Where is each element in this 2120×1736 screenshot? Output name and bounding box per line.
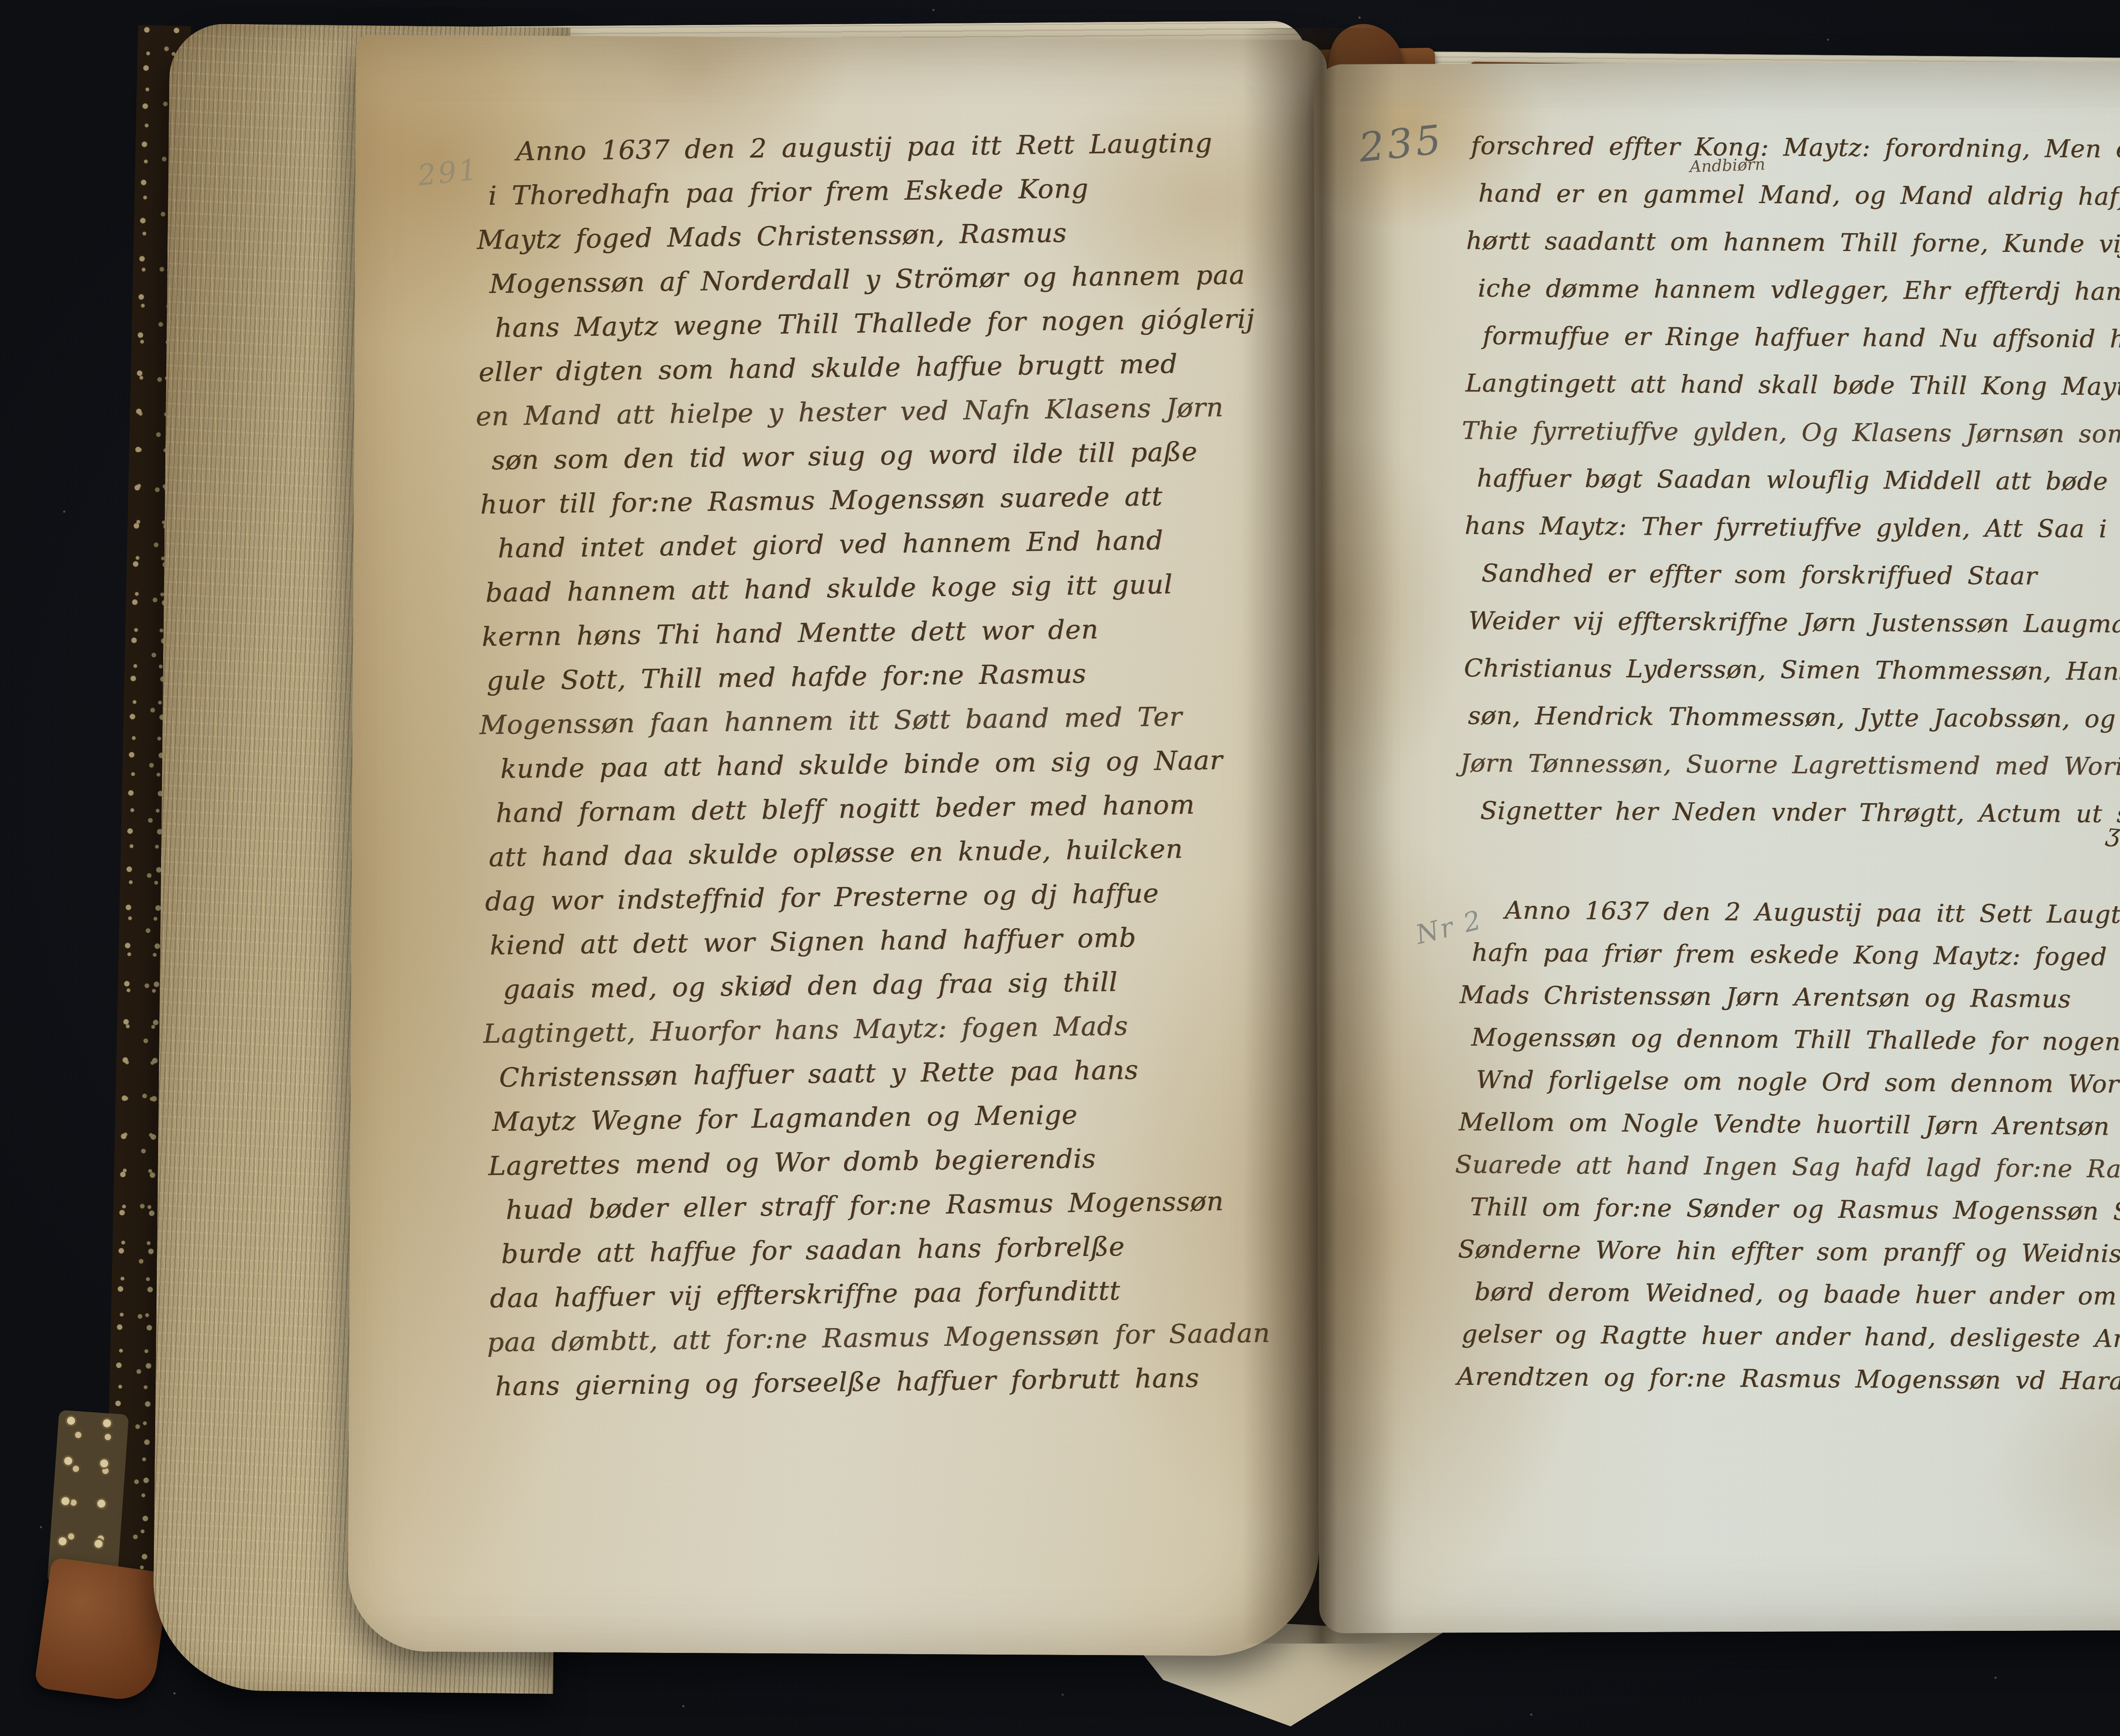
manuscript-line: Sandhed er effter som forskriffued Staar xyxy=(1481,550,2120,601)
right-page-entry2-text: Anno 1637 den 2 Augustij paa itt Sett La… xyxy=(1461,889,2120,1403)
manuscript-line: Anno 1637 den 2 Augustij paa itt Sett La… xyxy=(1505,889,2120,937)
manuscript-line: Thill om for:ne Sønder og Rasmus Mogenss… xyxy=(1470,1186,2120,1233)
manuscript-line: baad hannem att hand skulde koge sig itt… xyxy=(485,561,1257,615)
photograph-open-protocol-book: 291 Anno 1637 den 2 augustij paa itt Ret… xyxy=(0,0,2120,1736)
gutter-shadow xyxy=(1242,28,1395,1644)
manuscript-line: Christianus Lyderssøn, Simen Thommessøn,… xyxy=(1464,644,2120,695)
manuscript-line: Signetter her Neden vnder Thrøgtt, Actum… xyxy=(1480,787,2120,838)
manuscript-line: hans Maytz: Ther fyrretiuffve gylden, At… xyxy=(1464,502,2120,553)
manuscript-line: Mads Christenssøn Jørn Arentsøn og Rasmu… xyxy=(1459,974,2120,1021)
entry-end-flourish: ʒ xyxy=(2105,818,2120,848)
manuscript-line: Jørn Tønnessøn, Suorne Lagrettismend med… xyxy=(1460,739,2120,790)
manuscript-line: haffuer bøgt Saadan wlouflig Middell att… xyxy=(1477,454,2120,505)
manuscript-line: hans gierning og forseelße haffuer forbr… xyxy=(495,1355,1267,1409)
right-page-number-pencil: 235 xyxy=(1357,117,1446,171)
manuscript-line: Thie fyrretiuffve gylden, Og Klasens Jør… xyxy=(1462,407,2120,458)
manuscript-line: Wnd forligelse om nogle Ord som dennom W… xyxy=(1476,1058,2120,1106)
manuscript-line: Weider vij effterskriffne Jørn Justenssø… xyxy=(1468,597,2120,648)
leather-cover-corner xyxy=(34,1557,170,1704)
manuscript-line: iche dømme hannem vdlegger, Ehr effterdj… xyxy=(1478,264,2120,315)
manuscript-line: hafn paa friør frem eskede Kong Maytz: f… xyxy=(1472,931,2120,979)
manuscript-line: Langtingett att hand skall bøde Thill Ko… xyxy=(1465,359,2120,410)
manuscript-line: Mogenssøn og dennom Thill Thallede for n… xyxy=(1471,1016,2120,1063)
manuscript-line: gelser og Ragtte huer ander hand, deslig… xyxy=(1462,1313,2120,1360)
manuscript-line: hand er en gammel Mand, og Mand aldrig h… xyxy=(1478,169,2120,220)
manuscript-line: forschred effter Kong: Maytz: forordning… xyxy=(1471,122,2120,173)
dust-specks xyxy=(0,0,1,1)
manuscript-line: formuffue er Ringe haffuer hand Nu affso… xyxy=(1482,312,2120,363)
manuscript-line: Arendtzen og for:ne Rasmus Mogenssøn vd … xyxy=(1457,1355,2120,1403)
left-folio-number-pencil: 291 xyxy=(416,153,480,193)
right-page-entry1-text: forschred effter Kong: Maytz: forordning… xyxy=(1467,122,2120,838)
manuscript-line: Suarede att hand Ingen Sag hafd lagd for… xyxy=(1455,1143,2120,1191)
manuscript-line: søn, Hendrick Thommessøn, Jytte Jacobssø… xyxy=(1468,692,2120,743)
manuscript-line: huad bøder eller straff for:ne Rasmus Mo… xyxy=(505,1179,1265,1232)
manuscript-line: hørtt saadantt om hannem Thill forne, Ku… xyxy=(1466,217,2120,268)
manuscript-line: Sønderne Wore hin effter som pranff og W… xyxy=(1458,1228,2120,1275)
left-page-manuscript-text: Anno 1637 den 2 augustij paa itt Rett La… xyxy=(480,120,1267,1409)
manuscript-line: børd derom Weidned, og baade huer ander … xyxy=(1474,1270,2120,1318)
manuscript-line: Mellom om Nogle Vendte huortill Jørn Are… xyxy=(1459,1101,2120,1148)
manuscript-line: Anno 1637 den 2 augustij paa itt Rett La… xyxy=(516,120,1252,173)
